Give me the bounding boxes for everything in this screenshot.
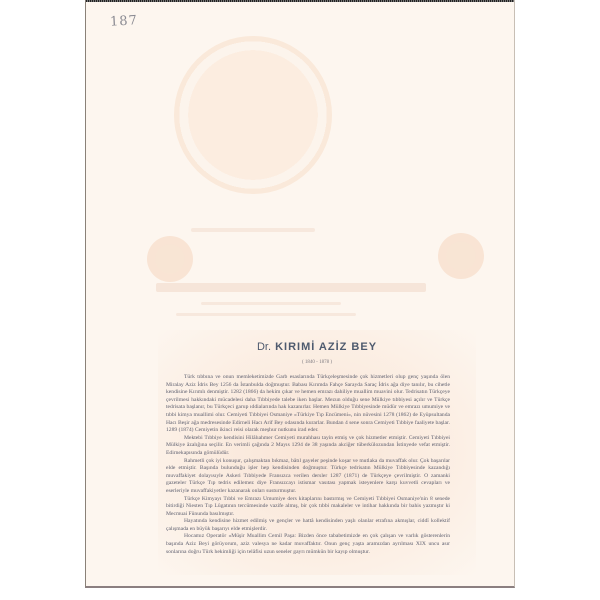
paragraph: Mektebi Tıbbiye kendisini Hilâlıahmer Ce… xyxy=(166,435,450,458)
watermark-subline-faint-2 xyxy=(176,313,356,316)
paragraph: Hayatında kendisine hizmet edilmiş ve ge… xyxy=(166,518,450,533)
biography-body: Türk tıbbına ve onun memleketimizde Garb… xyxy=(166,374,450,556)
watermark-heading-faint xyxy=(156,283,426,292)
paragraph: Rahmetli çok iyi konuşur, çalışmaktan bı… xyxy=(166,458,450,496)
biography-title: Dr. KIRIMİ AZİZ BEY xyxy=(158,341,476,353)
document-page: 187 Dr. KIRIMİ AZİZ BEY ( 1840 - 1878 ) … xyxy=(85,0,515,588)
watermark-seal-left xyxy=(147,236,193,282)
biography-dates: ( 1840 - 1878 ) xyxy=(158,360,476,365)
watermark-seal-large xyxy=(174,36,332,194)
title-name: KIRIMİ AZİZ BEY xyxy=(275,341,377,353)
biography-panel: Dr. KIRIMİ AZİZ BEY ( 1840 - 1878 ) Türk… xyxy=(158,330,476,575)
page-top-edge xyxy=(86,0,514,2)
watermark-subline-faint xyxy=(201,302,341,305)
title-prefix: Dr. xyxy=(257,341,271,353)
paragraph: Türk tıbbına ve onun memleketimizde Garb… xyxy=(166,374,450,435)
paragraph: Hocamız Operatör «Müşir Muallim Cemil Pa… xyxy=(166,533,450,556)
watermark-seal-right xyxy=(438,233,484,279)
paragraph: Türkçe Kimyayı Tıbbi ve Emrazı Umumiye d… xyxy=(166,496,450,519)
handwritten-page-number: 187 xyxy=(110,13,139,29)
watermark-text-faint xyxy=(191,228,315,232)
